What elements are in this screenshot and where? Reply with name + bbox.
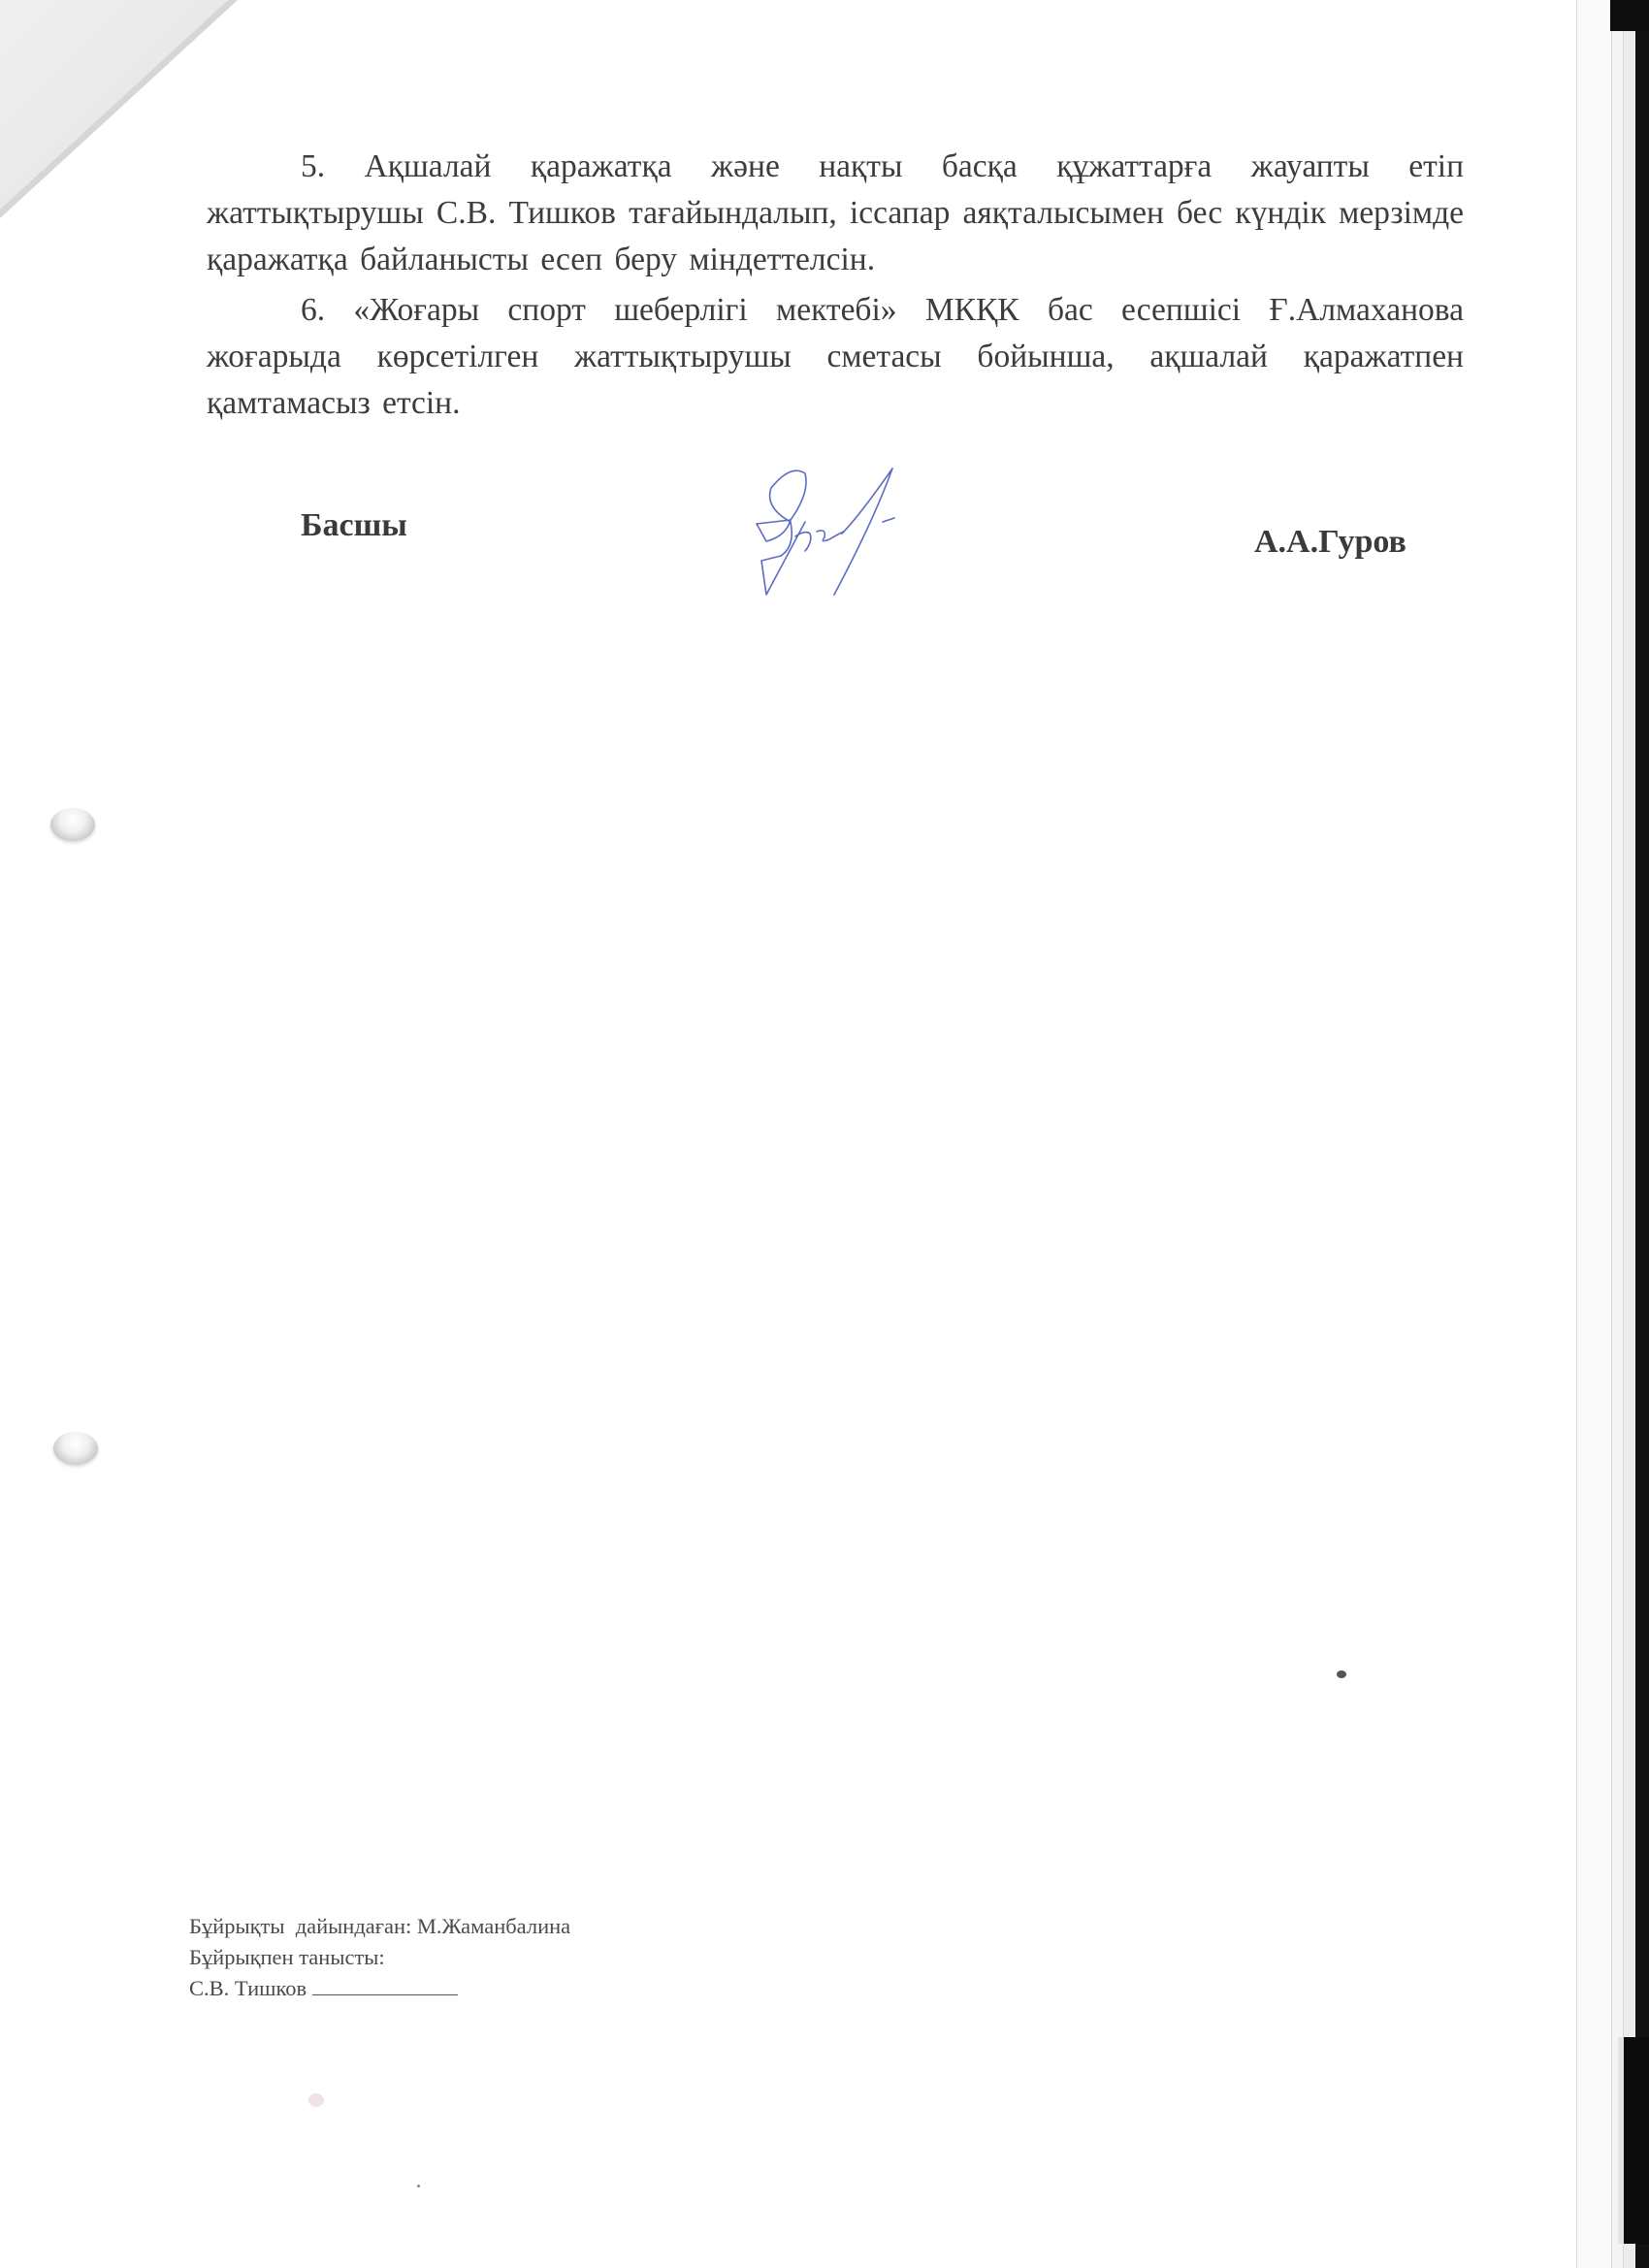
document-body: 5. Ақшалай қаражатқа және нақты басқа құ… [207,144,1464,427]
signature-blank-line [312,1975,458,1995]
signatory-title: Басшы [301,507,407,544]
prepared-by-line: Бұйрықты дайындаған: М.Жаманбалина [189,1911,570,1942]
page-edge [1623,0,1635,2268]
acknowledged-line: Бұйрықпен танысты: [189,1942,570,1973]
stain-mark [308,2093,324,2107]
paragraph-5: 5. Ақшалай қаражатқа және нақты басқа құ… [207,144,1464,283]
paragraph-6: 6. «Жоғары спорт шеберлігі мектебі» МКҚК… [207,287,1464,427]
scanner-border-bottom [1624,2037,1649,2244]
footer-notes: Бұйрықты дайындаған: М.Жаманбалина Бұйры… [189,1911,570,2004]
ink-speck [1337,1670,1346,1678]
page-stack-edge [1577,0,1649,2268]
scanner-border [1635,0,1649,2268]
page-edge [1576,0,1612,2268]
scanner-border-top [1610,0,1649,31]
acknowledged-person-name: С.В. Тишков [189,1976,307,2000]
acknowledged-person-line: С.В. Тишков [189,1973,570,2004]
handwritten-signature-icon [737,464,931,609]
ink-speck [417,2185,420,2187]
signatory-name: А.А.Гуров [1254,524,1406,561]
punch-hole-icon [50,808,95,841]
punch-hole-icon [53,1432,98,1465]
